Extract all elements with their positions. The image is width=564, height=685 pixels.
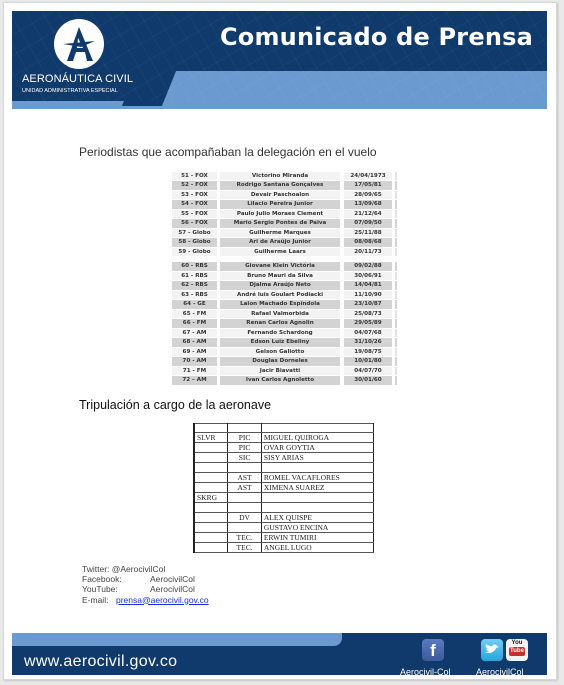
journalist-birthdate: 10/01/80 [344, 357, 392, 366]
journalist-birthdate: 30/06/91 [344, 272, 392, 281]
twitter-icon[interactable] [481, 639, 503, 661]
table-row [194, 424, 374, 433]
table-cell-edge [395, 219, 397, 228]
table-cell-edge [395, 229, 397, 238]
journalist-name: Renan Carlos Agnolin [220, 319, 340, 328]
journalist-id: 58 - Globo [172, 238, 217, 247]
aircraft-registration [194, 533, 228, 543]
aircraft-registration: SLVR [194, 433, 228, 443]
table-row: 58 - GloboAri de Araújo Junior08/08/68 [172, 238, 397, 248]
aircraft-registration [194, 473, 228, 483]
crew-name: XIMENA SUAREZ [261, 483, 373, 493]
journalist-name: Giovane Klein Victória [220, 262, 340, 271]
crew-name [261, 503, 373, 513]
crew-role: TEC. [228, 543, 262, 553]
crew-name [261, 493, 373, 503]
table-row: 69 - AMGelson Galiotto19/08/75 [172, 347, 397, 357]
aircraft-registration [194, 483, 228, 493]
journalist-id: 71 - FM [172, 367, 217, 376]
table-row: 65 - FMRafael Valmorbida25/08/73 [172, 309, 397, 319]
journalist-birthdate: 19/08/75 [344, 348, 392, 357]
table-row: 53 - FOXDevair Paschoalon28/09/65 [172, 190, 397, 200]
journalist-birthdate: 24/04/1973 [344, 172, 392, 181]
table-row: GUSTAVO ENCINA [194, 523, 374, 533]
table-cell-edge [395, 248, 397, 257]
table-row: 63 - RBSAndré luis Goulart Podiacki11/10… [172, 290, 397, 300]
table-row: 56 - FOXMario Sergio Pontes de Paiva07/0… [172, 219, 397, 229]
table-row: 57 - GloboGuilherme Marques25/11/88 [172, 228, 397, 238]
journalist-id: 64 - GE [172, 300, 217, 309]
journalist-birthdate: 30/01/60 [344, 376, 392, 385]
crew-name: ALEX QUISPE [261, 513, 373, 523]
table-cell-edge [395, 329, 397, 338]
journalist-birthdate: 29/05/89 [344, 319, 392, 328]
journalist-birthdate: 25/11/88 [344, 229, 392, 238]
journalist-id: 57 - Globo [172, 229, 217, 238]
table-row: 55 - FOXPaulo Julio Moraes Clement21/12/… [172, 209, 397, 219]
journalist-name: Gelson Galiotto [220, 348, 340, 357]
crew-name: GUSTAVO ENCINA [261, 523, 373, 533]
table-cell-edge [395, 367, 397, 376]
journalist-birthdate: 14/04/81 [344, 281, 392, 290]
facebook-icon[interactable]: f [422, 639, 444, 661]
table-cell-edge [395, 210, 397, 219]
journalist-id: 54 - FOX [172, 200, 217, 209]
crew-role: PIC [228, 443, 262, 453]
aircraft-registration [194, 443, 228, 453]
youtube-label: YouTube: [82, 584, 150, 594]
table-cell-edge [395, 300, 397, 309]
journalist-name: André luis Goulart Podiacki [220, 291, 340, 300]
journalist-id: 59 - Globo [172, 248, 217, 257]
journalist-name: Mario Sergio Pontes de Paiva [220, 219, 340, 228]
table-cell-edge [395, 172, 397, 181]
table-row: 67 - AMFernando Schardong04/07/68 [172, 328, 397, 338]
email-label: E-mail: [82, 595, 116, 605]
page-title: Comunicado de Prensa [220, 23, 533, 51]
journalist-name: Edson Luiz Ebeliny [220, 338, 340, 347]
twitter-contact: Twitter: @AerocivilCol [82, 564, 165, 574]
journalist-id: 62 - RBS [172, 281, 217, 290]
journalist-name: Guilherme Laars [220, 248, 340, 257]
table-row: 71 - FMJacir Biavatti04/07/70 [172, 366, 397, 376]
table-row: TEC.ERWIN TUMIRI [194, 533, 374, 543]
table-cell-edge [395, 281, 397, 290]
logo-title: AERONÁUTICA CIVIL [22, 73, 133, 85]
journalist-name: Rafael Valmorbida [220, 310, 340, 319]
journalist-birthdate: 20/11/73 [344, 248, 392, 257]
facebook-glyph: f [430, 641, 436, 660]
table-cell-edge [395, 262, 397, 271]
facebook-footer-label: Aerocivil-Col [400, 667, 451, 675]
aircraft-registration [194, 453, 228, 463]
journalist-id: 70 - AM [172, 357, 217, 366]
table-cell-edge [395, 291, 397, 300]
crew-role: TEC. [228, 533, 262, 543]
journalist-id: 63 - RBS [172, 291, 217, 300]
journalist-id: 69 - AM [172, 348, 217, 357]
youtube-value: AerocivilCol [150, 584, 195, 594]
journalist-id: 68 - AM [172, 338, 217, 347]
table-row [194, 503, 374, 513]
journalist-id: 61 - RBS [172, 272, 217, 281]
email-link[interactable]: prensa@aerocivil.gov.co [116, 595, 209, 605]
crew-role [228, 503, 262, 513]
journalist-name: Guilherme Marques [220, 229, 340, 238]
aircraft-registration [194, 503, 228, 513]
table-cell-edge [395, 200, 397, 209]
youtube-icon[interactable]: You Tube [506, 639, 528, 661]
table-cell-edge [395, 272, 397, 281]
journalist-name: Douglas Dorneles [220, 357, 340, 366]
table-cell-edge [395, 191, 397, 200]
journalist-birthdate: 23/10/87 [344, 300, 392, 309]
crew-role [228, 523, 262, 533]
journalists-heading: Periodistas que acompañaban la delegació… [79, 145, 377, 159]
journalist-id: 56 - FOX [172, 219, 217, 228]
crew-name: MIGUEL QUIROGA [261, 433, 373, 443]
aerocivil-a-icon [54, 19, 104, 69]
journalist-birthdate: 31/10/26 [344, 338, 392, 347]
table-row: SKRG [194, 493, 374, 503]
logo-subtitle: UNIDAD ADMINISTRATIVA ESPECIAL [22, 88, 118, 94]
journalist-id: 51 - FOX [172, 172, 217, 181]
table-row [194, 463, 374, 473]
footer-banner: www.aerocivil.gov.co f You Tube Aerocivi… [12, 633, 547, 675]
table-row: PICOVAR GOYTIA [194, 443, 374, 453]
table-row: 60 - RBSGiovane Klein Victória09/02/88 [172, 262, 397, 272]
table-cell-edge [395, 348, 397, 357]
journalists-table: 51 - FOXVictorino Miranda24/04/197352 - … [172, 171, 397, 385]
crew-role [228, 493, 262, 503]
journalist-name: Bruno Mauri da Silva [220, 272, 340, 281]
table-cell-edge [395, 319, 397, 328]
aircraft-registration: SKRG [194, 493, 228, 503]
table-row: 64 - GELaion Machado Espíndola23/10/87 [172, 300, 397, 310]
crew-heading: Tripulación a cargo de la aeronave [79, 398, 271, 412]
journalist-birthdate: 11/10/90 [344, 291, 392, 300]
aircraft-registration [194, 424, 228, 433]
journalist-name: Paulo Julio Moraes Clement [220, 210, 340, 219]
crew-name: ERWIN TUMIRI [261, 533, 373, 543]
journalist-id: 53 - FOX [172, 191, 217, 200]
table-cell-edge [395, 357, 397, 366]
journalist-name: Lilacio Pereira Junior [220, 200, 340, 209]
table-cell-edge [395, 338, 397, 347]
journalist-name: Rodrigo Santana Gonçalves [220, 181, 340, 190]
crew-name: ANGEL LUGO [261, 543, 373, 553]
table-row: SLVRPICMIGUEL QUIROGA [194, 433, 374, 443]
table-row: DVALEX QUISPE [194, 513, 374, 523]
aircraft-registration [194, 543, 228, 553]
journalist-birthdate: 28/09/65 [344, 191, 392, 200]
table-row: 54 - FOXLilacio Pereira Junior13/09/68 [172, 200, 397, 210]
journalist-id: 66 - FM [172, 319, 217, 328]
journalist-birthdate: 21/12/64 [344, 210, 392, 219]
table-row: 68 - AMEdson Luiz Ebeliny31/10/26 [172, 338, 397, 348]
journalist-id: 55 - FOX [172, 210, 217, 219]
crew-role [228, 463, 262, 473]
journalist-id: 60 - RBS [172, 262, 217, 271]
journalist-name: Victorino Miranda [220, 172, 340, 181]
table-row: 51 - FOXVictorino Miranda24/04/1973 [172, 171, 397, 181]
journalist-id: 72 – AM [172, 376, 217, 385]
table-cell-edge [395, 376, 397, 385]
aircraft-registration [194, 513, 228, 523]
journalist-name: Devair Paschoalon [220, 191, 340, 200]
journalist-birthdate: 09/02/88 [344, 262, 392, 271]
journalist-id: 65 - FM [172, 310, 217, 319]
aircraft-registration [194, 463, 228, 473]
crew-role: SIC [228, 453, 262, 463]
footer-url[interactable]: www.aerocivil.gov.co [24, 653, 177, 671]
crew-role: DV [228, 513, 262, 523]
table-row: ASTROMEL VACAFLORES [194, 473, 374, 483]
journalist-birthdate: 13/09/68 [344, 200, 392, 209]
crew-name [261, 463, 373, 473]
table-cell-edge [395, 310, 397, 319]
crew-role: AST [228, 483, 262, 493]
journalist-name: Ivan Carlos Agnoletto [220, 376, 340, 385]
journalist-birthdate: 17/05/81 [344, 181, 392, 190]
journalist-id: 52 - FOX [172, 181, 217, 190]
table-row: ASTXIMENA SUAREZ [194, 483, 374, 493]
document-page: AERONÁUTICA CIVIL UNIDAD ADMINISTRATIVA … [3, 2, 557, 680]
crew-name: SISY ARIAS [261, 453, 373, 463]
table-row: SICSISY ARIAS [194, 453, 374, 463]
youtube-text-top: You [506, 639, 528, 647]
crew-name: OVAR GOYTIA [261, 443, 373, 453]
journalist-birthdate: 04/07/68 [344, 329, 392, 338]
table-row: 61 - RBSBruno Mauri da Silva30/06/91 [172, 271, 397, 281]
crew-name [261, 424, 373, 433]
crew-role: AST [228, 473, 262, 483]
twitter-footer-label: AerocivilCol [476, 667, 524, 675]
journalist-name: Jacir Biavatti [220, 367, 340, 376]
table-row: 72 – AMIvan Carlos Agnoletto30/01/60 [172, 376, 397, 386]
journalist-name: Laion Machado Espíndola [220, 300, 340, 309]
contact-info: Twitter: @AerocivilCol Facebook: Aerociv… [82, 564, 209, 605]
table-row: 59 - GloboGuilherme Laars20/11/73 [172, 247, 397, 257]
crew-role [228, 424, 262, 433]
facebook-label: Facebook: [82, 574, 150, 584]
table-row: 70 - AMDouglas Dorneles10/01/80 [172, 357, 397, 367]
table-row: 66 - FMRenan Carlos Agnolin29/05/89 [172, 319, 397, 329]
journalist-name: Fernando Schardong [220, 329, 340, 338]
journalist-birthdate: 04/07/70 [344, 367, 392, 376]
youtube-text-bottom: Tube [509, 647, 525, 656]
table-row: 62 - RBSDjalma Araújo Neto14/04/81 [172, 281, 397, 291]
footer-light-band [12, 633, 342, 646]
crew-table: SLVRPICMIGUEL QUIROGAPICOVAR GOYTIASICSI… [193, 423, 374, 553]
crew-name: ROMEL VACAFLORES [261, 473, 373, 483]
journalist-birthdate: 07/09/50 [344, 219, 392, 228]
journalist-name: Ari de Araújo Junior [220, 238, 340, 247]
journalist-birthdate: 08/08/68 [344, 238, 392, 247]
facebook-value: AerocivilCol [150, 574, 195, 584]
table-cell-edge [395, 238, 397, 247]
aircraft-registration [194, 523, 228, 533]
table-cell-edge [395, 181, 397, 190]
journalist-birthdate: 25/08/73 [344, 310, 392, 319]
table-row: TEC.ANGEL LUGO [194, 543, 374, 553]
crew-role: PIC [228, 433, 262, 443]
journalist-id: 67 - AM [172, 329, 217, 338]
table-row: 52 - FOXRodrigo Santana Gonçalves17/05/8… [172, 181, 397, 191]
journalist-name: Djalma Araújo Neto [220, 281, 340, 290]
press-release-header: AERONÁUTICA CIVIL UNIDAD ADMINISTRATIVA … [12, 11, 547, 109]
